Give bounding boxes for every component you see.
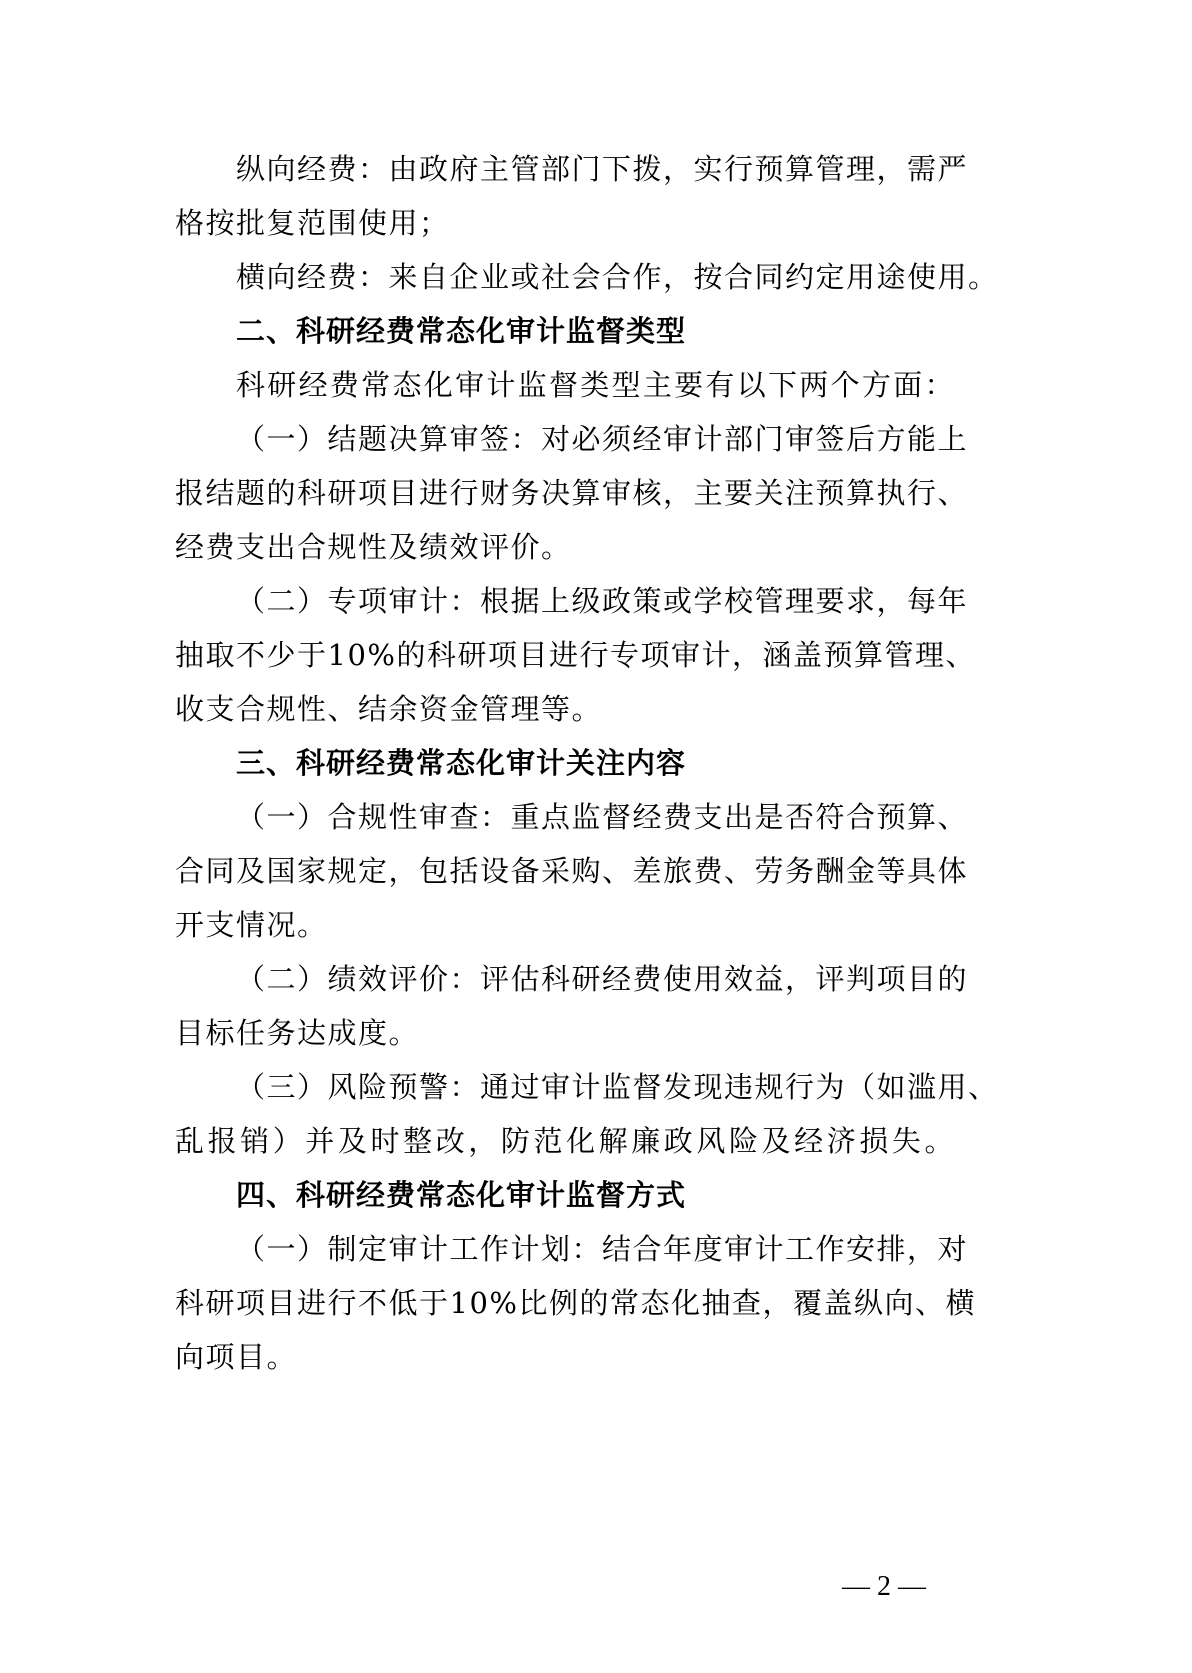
paragraph-line: 开支情况。 — [175, 908, 955, 942]
paragraph-line: 收支合规性、结余资金管理等。 — [175, 692, 955, 726]
page-number: — 2 — — [842, 1570, 926, 1604]
paragraph-line: 格按批复范围使用； — [175, 206, 955, 240]
paragraph-line: 向项目。 — [175, 1340, 955, 1374]
paragraph-line: 乱报销）并及时整改，防范化解廉政风险及经济损失。 — [175, 1124, 955, 1158]
paragraph-line: 合同及国家规定，包括设备采购、差旅费、劳务酬金等具体 — [175, 854, 955, 888]
paragraph-line: 科研项目进行不低于10%比例的常态化抽查，覆盖纵向、横 — [175, 1286, 955, 1320]
paragraph-line: （三）风险预警：通过审计监督发现违规行为（如滥用、 — [236, 1070, 955, 1104]
paragraph-line: 科研经费常态化审计监督类型主要有以下两个方面： — [236, 368, 955, 402]
section-heading: 三、科研经费常态化审计关注内容 — [236, 746, 1016, 780]
paragraph-line: 抽取不少于10%的科研项目进行专项审计，涵盖预算管理、 — [175, 638, 955, 672]
paragraph-line: 纵向经费：由政府主管部门下拨，实行预算管理，需严 — [236, 152, 955, 186]
paragraph-line: （一）结题决算审签：对必须经审计部门审签后方能上 — [236, 422, 955, 456]
paragraph-line: （二）绩效评价：评估科研经费使用效益，评判项目的 — [236, 962, 955, 996]
paragraph-line: （一）合规性审查：重点监督经费支出是否符合预算、 — [236, 800, 955, 834]
paragraph-line: （二）专项审计：根据上级政策或学校管理要求，每年 — [236, 584, 955, 618]
paragraph-line: 报结题的科研项目进行财务决算审核，主要关注预算执行、 — [175, 476, 955, 510]
paragraph-line: 经费支出合规性及绩效评价。 — [175, 530, 955, 564]
paragraph-line: （一）制定审计工作计划：结合年度审计工作安排，对 — [236, 1232, 955, 1266]
paragraph-line: 目标任务达成度。 — [175, 1016, 955, 1050]
section-heading: 四、科研经费常态化审计监督方式 — [236, 1178, 1016, 1212]
paragraph-line: 横向经费：来自企业或社会合作，按合同约定用途使用。 — [236, 260, 955, 294]
section-heading: 二、科研经费常态化审计监督类型 — [236, 314, 1016, 348]
